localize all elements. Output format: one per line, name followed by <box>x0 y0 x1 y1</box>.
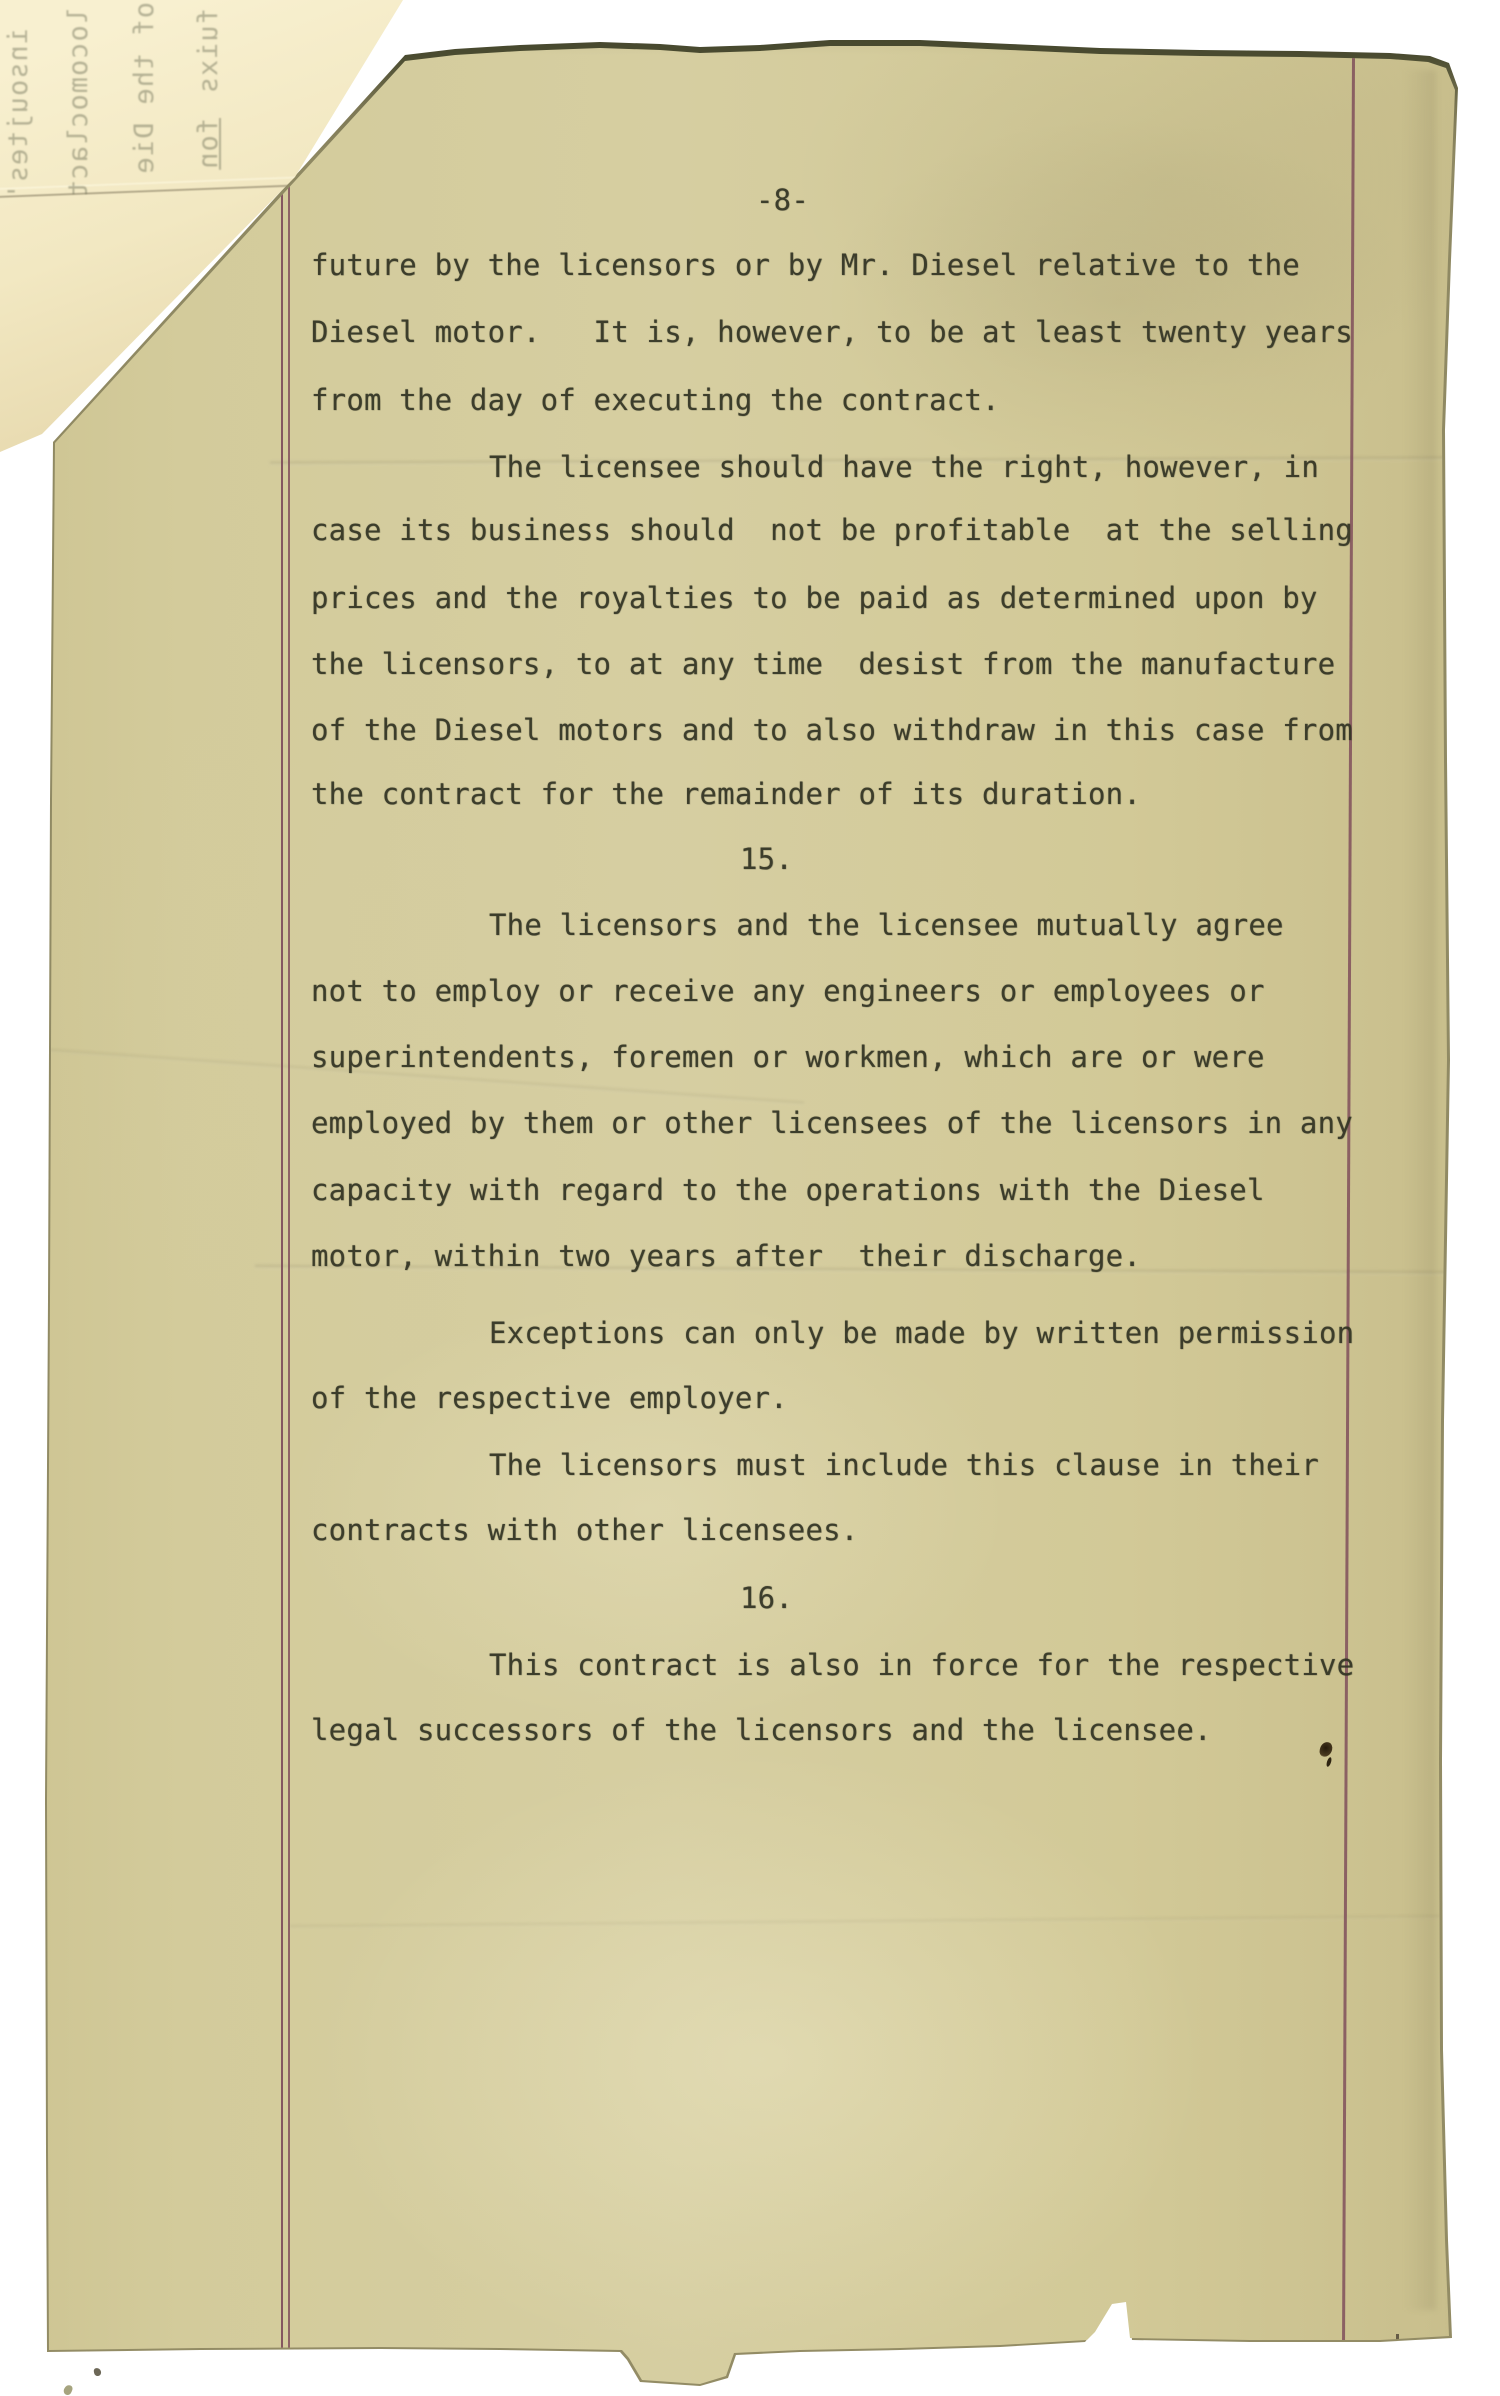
edge-mark <box>1396 2334 1399 2343</box>
typed-line: case its business should not be profitab… <box>311 514 1353 546</box>
typed-line: Exceptions can only be made by written p… <box>489 1317 1354 1349</box>
typed-line: The licensors must include this clause i… <box>489 1449 1319 1481</box>
ghost-text-line: locomoclact <box>64 8 94 198</box>
scanned-document: -8- future by the licensors or by Mr. Di… <box>0 0 1500 2396</box>
typed-line: contracts with other licensees. <box>311 1514 858 1546</box>
typed-line: the contract for the remainder of its du… <box>311 778 1141 810</box>
typed-line: capacity with regard to the operations w… <box>311 1174 1265 1206</box>
typed-line: of the Diesel motors and to also withdra… <box>311 714 1353 746</box>
typed-line: not to employ or receive any engineers o… <box>311 975 1265 1007</box>
typed-line: superintendents, foremen or workmen, whi… <box>311 1041 1265 1073</box>
typed-line: The licensors and the licensee mutually … <box>489 909 1284 941</box>
typed-line: the licensors, to at any time desist fro… <box>311 648 1335 680</box>
ink-blot-tail <box>1326 1757 1333 1768</box>
typed-line: Diesel motor. It is, however, to be at l… <box>311 316 1353 348</box>
ghost-text-line: of the Die <box>130 2 160 175</box>
typed-line: of the respective employer. <box>311 1382 788 1414</box>
typed-line: legal successors of the licensors and th… <box>311 1714 1212 1746</box>
section-number: 15. <box>740 843 793 875</box>
ink-blot <box>1318 1741 1333 1758</box>
paper-speck <box>63 2384 74 2396</box>
paper-crease <box>290 1915 1440 1929</box>
typed-line: prices and the royalties to be paid as d… <box>311 582 1318 614</box>
ghost-text-line-underlined: fon <box>194 118 224 170</box>
paper-speck <box>93 2367 102 2376</box>
typed-line: future by the licensors or by Mr. Diesel… <box>311 249 1300 281</box>
ghost-text-line: insoujtes' <box>4 28 34 201</box>
ghost-text-line: fuixs <box>194 8 224 94</box>
page-sheet: -8- future by the licensors or by Mr. Di… <box>0 0 1500 2396</box>
section-number: 16. <box>740 1582 793 1614</box>
typed-line: This contract is also in force for the r… <box>489 1649 1354 1681</box>
margin-rule-left <box>281 178 290 2350</box>
typed-line: The licensee should have the right, howe… <box>489 451 1319 483</box>
typed-line: motor, within two years after their disc… <box>311 1240 1141 1272</box>
page-number: -8- <box>756 184 809 216</box>
paper-edge-shading <box>1404 70 1436 2310</box>
typed-line: employed by them or other licensees of t… <box>311 1107 1353 1139</box>
typed-line: from the day of executing the contract. <box>311 384 1000 416</box>
margin-rule-right <box>1342 58 1354 2342</box>
